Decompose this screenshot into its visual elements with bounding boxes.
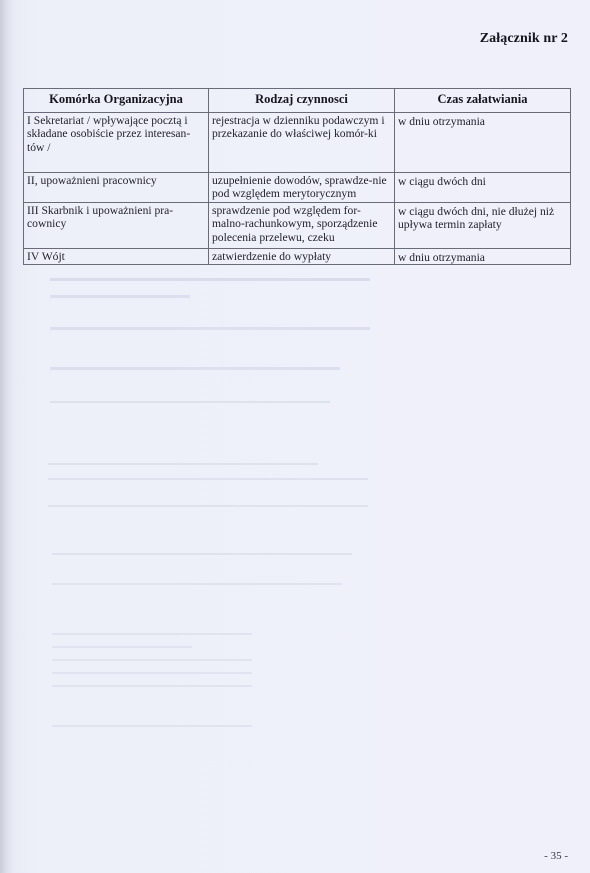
- reverse-side-show-through: [50, 396, 330, 410]
- reverse-side-show-through: [50, 362, 340, 376]
- reverse-side-show-through: [48, 473, 378, 487]
- header-activity-type: Rodzaj czynnosci: [209, 89, 395, 113]
- table-row: IV Wójt zatwierdzenie do wypłaty w dniu …: [24, 248, 571, 265]
- cell-time: w ciągu dwóch dni, nie dłużej niż upływa…: [395, 202, 571, 248]
- table-row: III Skarbnik i upoważnieni pra-cownicy s…: [24, 202, 571, 248]
- reverse-side-show-through: [50, 290, 190, 304]
- table-row: II, upoważnieni pracownicy uzupełnienie …: [24, 172, 571, 202]
- cell-time: w dniu otrzymania: [395, 112, 571, 172]
- header-organizational-unit: Komórka Organizacyjna: [24, 89, 209, 113]
- attachment-label: Załącznik nr 2: [480, 31, 568, 47]
- reverse-side-show-through: [50, 272, 390, 288]
- cell-unit: I Sekretariat / wpływające pocztą i skła…: [24, 112, 209, 172]
- reverse-side-show-through: [52, 578, 342, 592]
- cell-activity: uzupełnienie dowodów, sprawdze-nie pod w…: [209, 172, 395, 202]
- header-processing-time: Czas załatwiania: [395, 89, 571, 113]
- table-row: I Sekretariat / wpływające pocztą i skła…: [24, 112, 571, 172]
- document-circulation-table: Komórka Organizacyjna Rodzaj czynnosci C…: [23, 88, 571, 265]
- table-header-row: Komórka Organizacyjna Rodzaj czynnosci C…: [24, 89, 571, 113]
- document-page: Załącznik nr 2 Komórka Organizacyjna Rod…: [0, 0, 590, 873]
- cell-unit: III Skarbnik i upoważnieni pra-cownicy: [24, 202, 209, 248]
- reverse-side-show-through: [48, 500, 378, 514]
- reverse-side-show-through: [50, 322, 370, 336]
- reverse-side-show-through: [52, 628, 262, 698]
- reverse-side-show-through: [52, 548, 352, 562]
- cell-activity: zatwierdzenie do wypłaty: [209, 248, 395, 265]
- cell-unit: IV Wójt: [24, 248, 209, 265]
- cell-time: w ciągu dwóch dni: [395, 172, 571, 202]
- reverse-side-show-through: [52, 720, 262, 734]
- cell-activity: sprawdzenie pod względem for-malno-rachu…: [209, 202, 395, 248]
- cell-unit: II, upoważnieni pracownicy: [24, 172, 209, 202]
- cell-time: w dniu otrzymania: [395, 248, 571, 265]
- cell-activity: rejestracja w dzienniku podawczym i prze…: [209, 112, 395, 172]
- reverse-side-show-through: [48, 458, 338, 472]
- page-number: - 35 -: [544, 850, 568, 862]
